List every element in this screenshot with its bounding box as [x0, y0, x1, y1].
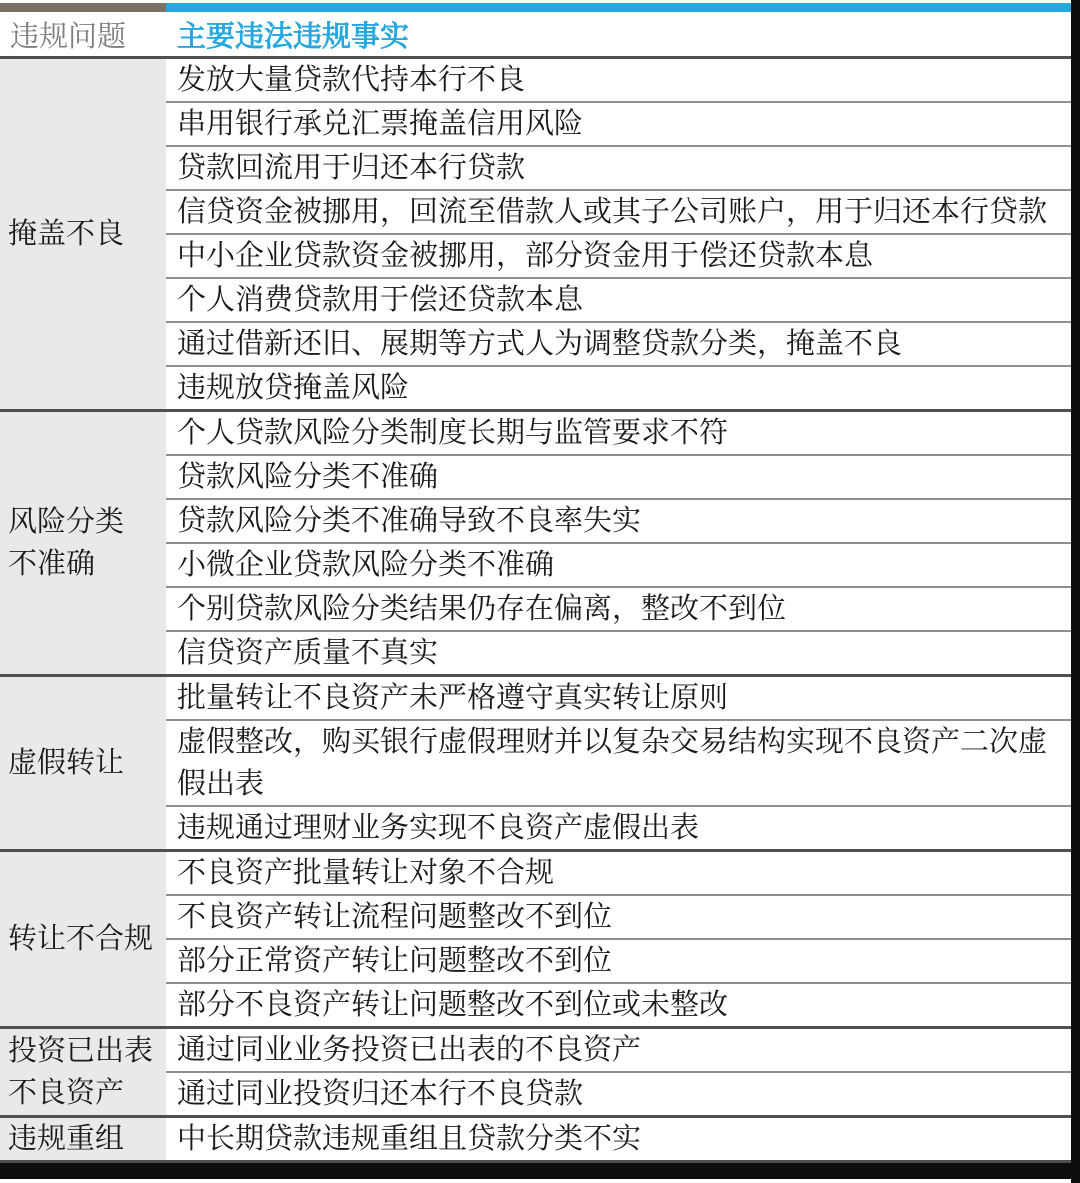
violation-section: 投资已出表 不良资产通过同业业务投资已出表的不良资产通过同业投资归还本行不良贷款	[0, 1029, 1071, 1118]
fact-row: 通过同业投资归还本行不良贷款	[166, 1073, 1071, 1115]
fact-row: 信贷资金被挪用，回流至借款人或其子公司账户，用于归还本行贷款	[166, 191, 1071, 235]
violation-section: 掩盖不良发放大量贷款代持本行不良串用银行承兑汇票掩盖信用风险贷款回流用于归还本行…	[0, 59, 1071, 412]
table-header: 违规问题 主要违法违规事实	[0, 3, 1071, 59]
fact-row: 部分不良资产转让问题整改不到位或未整改	[166, 984, 1071, 1026]
fact-row: 发放大量贷款代持本行不良	[166, 59, 1071, 103]
facts-column: 通过同业业务投资已出表的不良资产通过同业投资归还本行不良贷款	[166, 1029, 1071, 1115]
category-cell: 违规重组	[0, 1118, 166, 1160]
fact-row: 串用银行承兑汇票掩盖信用风险	[166, 103, 1071, 147]
category-cell: 虚假转让	[0, 677, 166, 849]
category-cell: 风险分类 不准确	[0, 412, 166, 674]
category-cell: 投资已出表 不良资产	[0, 1029, 166, 1115]
violation-section: 虚假转让批量转让不良资产未严格遵守真实转让原则虚假整改，购买银行虚假理财并以复杂…	[0, 677, 1071, 852]
fact-row: 个别贷款风险分类结果仍存在偏离，整改不到位	[166, 588, 1071, 632]
fact-row: 不良资产转让流程问题整改不到位	[166, 896, 1071, 940]
fact-row: 批量转让不良资产未严格遵守真实转让原则	[166, 677, 1071, 721]
fact-row: 小微企业贷款风险分类不准确	[166, 544, 1071, 588]
header-cell-facts: 主要违法违规事实	[166, 3, 1071, 56]
facts-column: 中长期贷款违规重组且贷款分类不实	[166, 1118, 1071, 1160]
header-accent-bar-blue	[166, 3, 1071, 12]
violation-section: 违规重组中长期贷款违规重组且贷款分类不实	[0, 1118, 1071, 1163]
violation-section: 转让不合规不良资产批量转让对象不合规不良资产转让流程问题整改不到位部分正常资产转…	[0, 852, 1071, 1029]
fact-row: 通过同业业务投资已出表的不良资产	[166, 1029, 1071, 1073]
category-cell: 掩盖不良	[0, 59, 166, 409]
fact-row: 中长期贷款违规重组且贷款分类不实	[166, 1118, 1071, 1160]
category-cell: 转让不合规	[0, 852, 166, 1026]
violations-table-page: 违规问题 主要违法违规事实 掩盖不良发放大量贷款代持本行不良串用银行承兑汇票掩盖…	[0, 0, 1080, 1183]
violation-section: 风险分类 不准确个人贷款风险分类制度长期与监管要求不符贷款风险分类不准确贷款风险…	[0, 412, 1071, 677]
table-body: 掩盖不良发放大量贷款代持本行不良串用银行承兑汇票掩盖信用风险贷款回流用于归还本行…	[0, 59, 1071, 1163]
fact-row: 信贷资产质量不真实	[166, 632, 1071, 674]
fact-row: 贷款风险分类不准确	[166, 456, 1071, 500]
fact-row: 贷款风险分类不准确导致不良率失实	[166, 500, 1071, 544]
fact-row: 个人贷款风险分类制度长期与监管要求不符	[166, 412, 1071, 456]
right-frame-bar	[1071, 0, 1080, 1183]
fact-row: 违规通过理财业务实现不良资产虚假出表	[166, 807, 1071, 849]
column-header-problem: 违规问题	[0, 12, 166, 56]
fact-row: 违规放贷掩盖风险	[166, 367, 1071, 409]
fact-row: 中小企业贷款资金被挪用，部分资金用于偿还贷款本息	[166, 235, 1071, 279]
facts-column: 发放大量贷款代持本行不良串用银行承兑汇票掩盖信用风险贷款回流用于归还本行贷款信贷…	[166, 59, 1071, 409]
violations-table: 违规问题 主要违法违规事实 掩盖不良发放大量贷款代持本行不良串用银行承兑汇票掩盖…	[0, 3, 1071, 1179]
facts-column: 不良资产批量转让对象不合规不良资产转让流程问题整改不到位部分正常资产转让问题整改…	[166, 852, 1071, 1026]
header-accent-bar-gray	[0, 3, 166, 12]
bottom-frame-bar	[0, 1163, 1071, 1179]
fact-row: 通过借新还旧、展期等方式人为调整贷款分类，掩盖不良	[166, 323, 1071, 367]
column-header-facts: 主要违法违规事实	[166, 12, 1071, 56]
fact-row: 不良资产批量转让对象不合规	[166, 852, 1071, 896]
fact-row: 贷款回流用于归还本行贷款	[166, 147, 1071, 191]
facts-column: 批量转让不良资产未严格遵守真实转让原则虚假整改，购买银行虚假理财并以复杂交易结构…	[166, 677, 1071, 849]
fact-row: 虚假整改，购买银行虚假理财并以复杂交易结构实现不良资产二次虚假出表	[166, 721, 1071, 807]
fact-row: 个人消费贷款用于偿还贷款本息	[166, 279, 1071, 323]
fact-row: 部分正常资产转让问题整改不到位	[166, 940, 1071, 984]
facts-column: 个人贷款风险分类制度长期与监管要求不符贷款风险分类不准确贷款风险分类不准确导致不…	[166, 412, 1071, 674]
header-cell-problem: 违规问题	[0, 3, 166, 56]
